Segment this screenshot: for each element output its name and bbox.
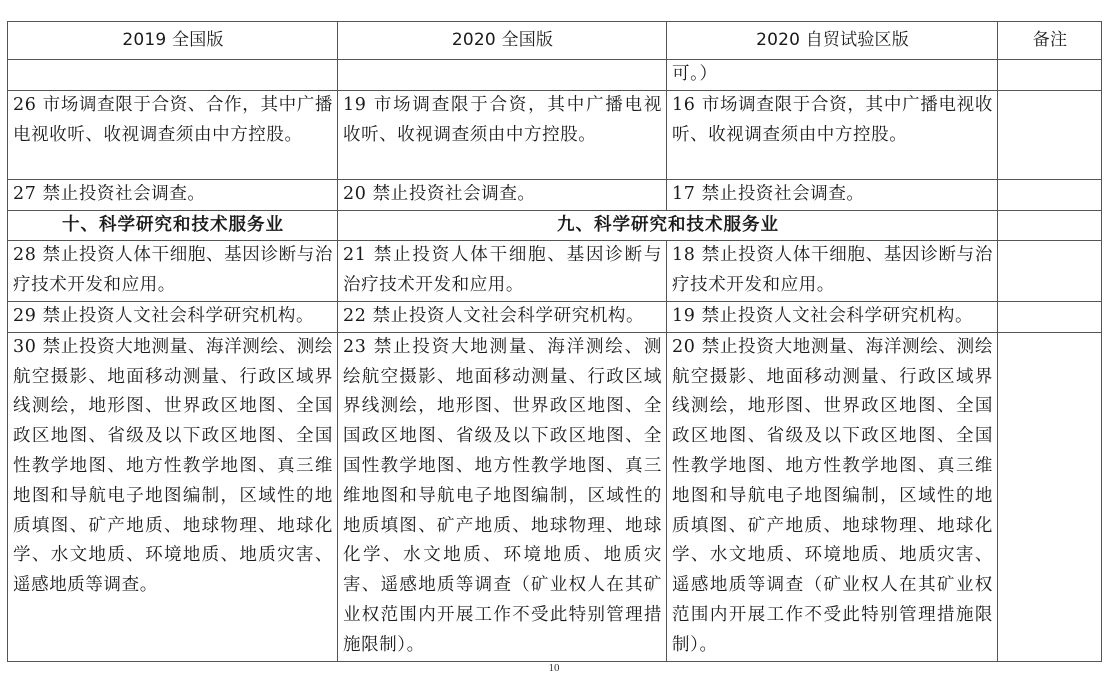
cell-2019: 30 禁止投资大地测量、海洋测绘、测绘航空摄影、地面移动测量、行政区域界线测绘，…	[8, 332, 338, 661]
cell-ftz: 可。）	[667, 60, 998, 91]
header-2020-ftz: 2020 自贸试验区版	[667, 22, 998, 60]
cell-2020: 21 禁止投资人体干细胞、基因诊断与治疗技术开发和应用。	[338, 241, 667, 302]
table-row: 26 市场调查限于合资、合作，其中广播电视收听、收视调查须由中方控股。 19 市…	[8, 90, 1102, 179]
cell-ftz: 16 市场调查限于合资，其中广播电视收听、收视调查须由中方控股。	[667, 90, 998, 179]
table-row: 29 禁止投资人文社会科学研究机构。 22 禁止投资人文社会科学研究机构。 19…	[8, 301, 1102, 332]
page-number: 10	[0, 662, 1108, 674]
cell-2019: 28 禁止投资人体干细胞、基因诊断与治疗技术开发和应用。	[8, 241, 338, 302]
cell-note	[998, 90, 1102, 179]
cell-ftz: 18 禁止投资人体干细胞、基因诊断与治疗技术开发和应用。	[667, 241, 998, 302]
cell-2019: 26 市场调查限于合资、合作，其中广播电视收听、收视调查须由中方控股。	[8, 90, 338, 179]
comparison-table: 2019 全国版 2020 全国版 2020 自贸试验区版 备注 可。） 26 …	[7, 21, 1102, 662]
cell-2020: 22 禁止投资人文社会科学研究机构。	[338, 301, 667, 332]
header-2020-national: 2020 全国版	[338, 22, 667, 60]
cell-2019: 27 禁止投资社会调查。	[8, 179, 338, 210]
cell-ftz: 19 禁止投资人文社会科学研究机构。	[667, 301, 998, 332]
table-row: 28 禁止投资人体干细胞、基因诊断与治疗技术开发和应用。 21 禁止投资人体干细…	[8, 241, 1102, 302]
cell-2019: 29 禁止投资人文社会科学研究机构。	[8, 301, 338, 332]
cell-note	[998, 301, 1102, 332]
section-title-2020: 九、科学研究和技术服务业	[338, 210, 998, 241]
cell-2019	[8, 60, 338, 91]
cell-2020	[338, 60, 667, 91]
cell-2020: 20 禁止投资社会调查。	[338, 179, 667, 210]
cell-ftz: 20 禁止投资大地测量、海洋测绘、测绘航空摄影、地面移动测量、行政区域界线测绘，…	[667, 332, 998, 661]
cell-note	[998, 210, 1102, 241]
cell-note	[998, 179, 1102, 210]
section-header-row: 十、科学研究和技术服务业 九、科学研究和技术服务业	[8, 210, 1102, 241]
table-row: 27 禁止投资社会调查。 20 禁止投资社会调查。 17 禁止投资社会调查。	[8, 179, 1102, 210]
cell-2020: 19 市场调查限于合资，其中广播电视收听、收视调查须由中方控股。	[338, 90, 667, 179]
table-row: 30 禁止投资大地测量、海洋测绘、测绘航空摄影、地面移动测量、行政区域界线测绘，…	[8, 332, 1102, 661]
header-2019-national: 2019 全国版	[8, 22, 338, 60]
table-header-row: 2019 全国版 2020 全国版 2020 自贸试验区版 备注	[8, 22, 1102, 60]
cell-note	[998, 60, 1102, 91]
table-row: 可。）	[8, 60, 1102, 91]
cell-ftz: 17 禁止投资社会调查。	[667, 179, 998, 210]
cell-note	[998, 241, 1102, 302]
cell-note	[998, 332, 1102, 661]
cell-2020: 23 禁止投资大地测量、海洋测绘、测绘航空摄影、地面移动测量、行政区域界线测绘，…	[338, 332, 667, 661]
section-title-2019: 十、科学研究和技术服务业	[8, 210, 338, 241]
header-notes: 备注	[998, 22, 1102, 60]
